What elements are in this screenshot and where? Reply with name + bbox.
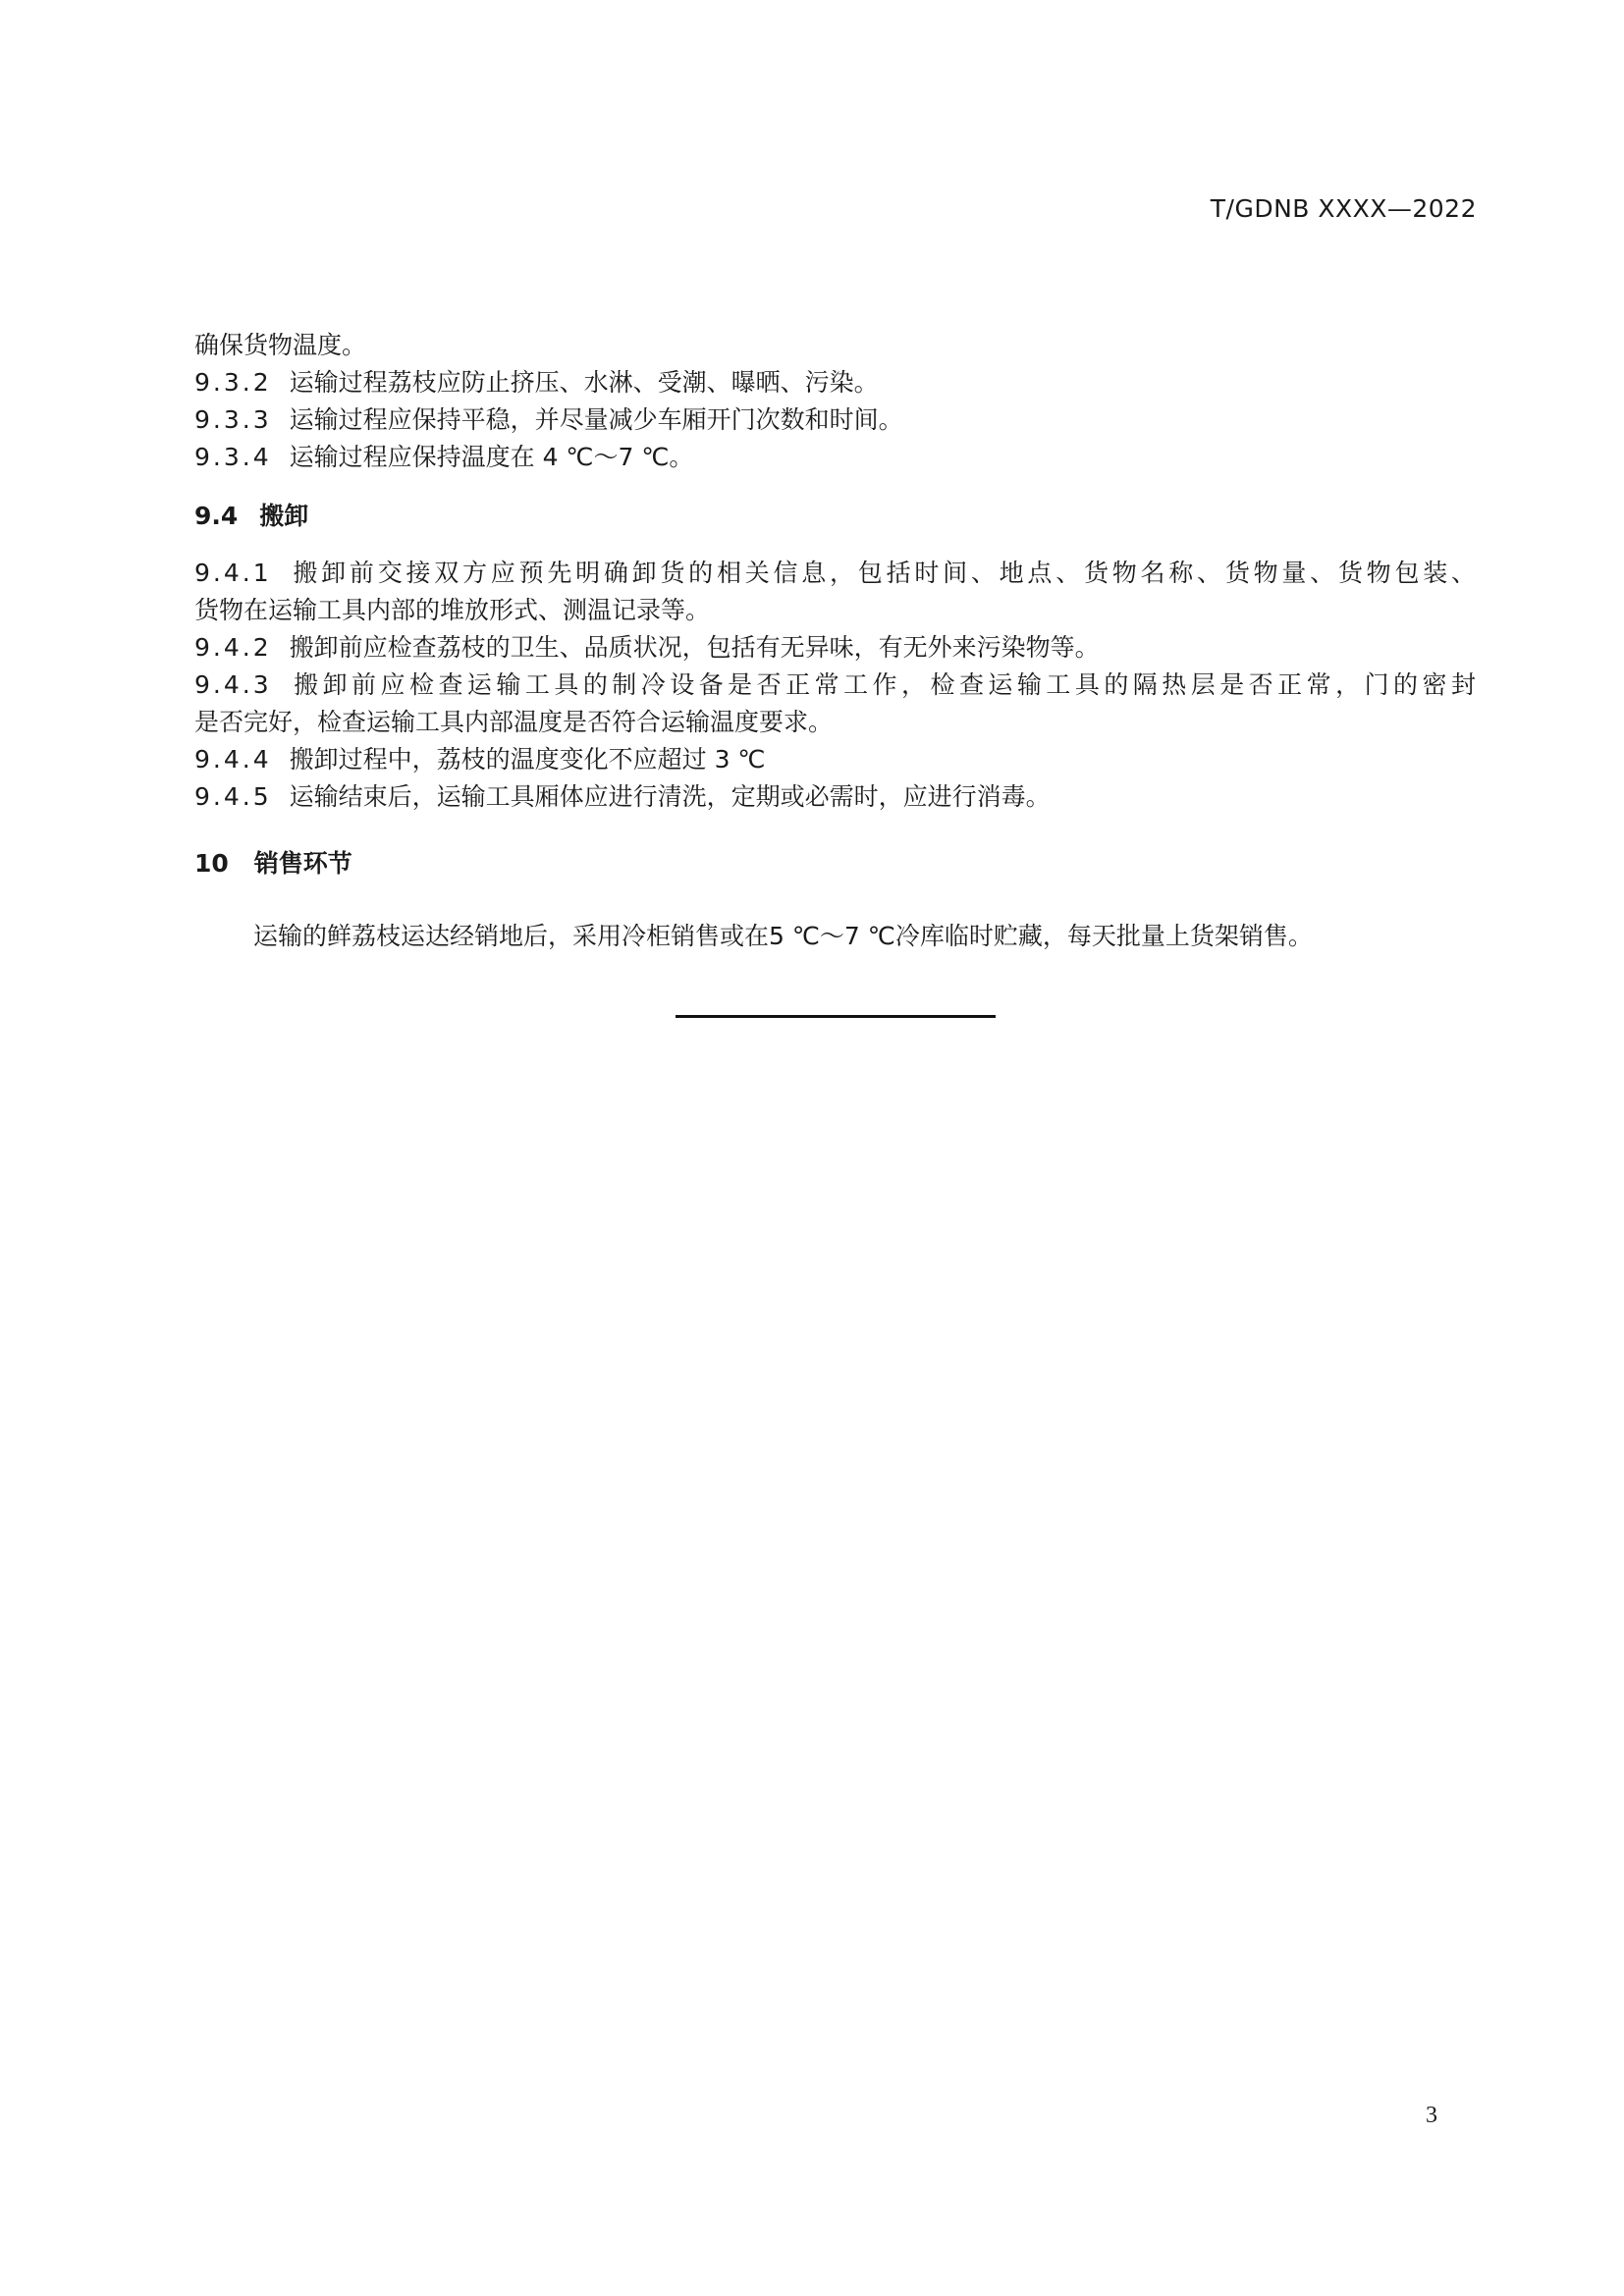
clause-text: 运输过程应保持平稳，并尽量减少车厢开门次数和时间。 <box>290 405 903 434</box>
clause-number: 9.4.4 <box>194 742 272 777</box>
section-10-paragraph: 运输的鲜荔枝运达经销地后，采用冷柜销售或在5 ℃～7 ℃冷库临时贮藏，每天批量上… <box>253 919 1313 954</box>
section-title: 搬卸 <box>259 502 308 530</box>
clause-text: 搬卸过程中，荔枝的温度变化不应超过 3 ℃ <box>290 745 766 774</box>
clause-number: 9.4.1 <box>194 556 272 591</box>
clause-text: 运输结束后，运输工具厢体应进行清洗，定期或必需时，应进行消毒。 <box>290 782 1051 811</box>
clause-9-4-4: 9.4.4搬卸过程中，荔枝的温度变化不应超过 3 ℃ <box>194 742 766 777</box>
document-code-header: T/GDNB XXXX—2022 <box>1211 194 1477 223</box>
section-heading-9-4: 9.4搬卸 <box>194 499 308 534</box>
clause-number: 9.3.4 <box>194 440 272 475</box>
continuation-text: 确保货物温度。 <box>194 328 366 363</box>
clause-9-4-2: 9.4.2搬卸前应检查荔枝的卫生、品质状况，包括有无异味，有无外来污染物等。 <box>194 630 1100 666</box>
section-heading-10: 10销售环节 <box>194 846 352 881</box>
clause-text: 搬卸前交接双方应预先明确卸货的相关信息，包括时间、地点、货物名称、货物量、货物包… <box>290 559 1476 587</box>
clause-number: 9.3.2 <box>194 365 272 400</box>
clause-text: 运输过程应保持温度在 4 ℃～7 ℃。 <box>290 443 694 471</box>
end-of-document-rule <box>676 1015 996 1018</box>
clause-9-4-3-line1: 9.4.3搬卸前应检查运输工具的制冷设备是否正常工作，检查运输工具的隔热层是否正… <box>194 667 1476 703</box>
clause-number: 9.4.5 <box>194 779 272 815</box>
clause-9-3-2: 9.3.2运输过程荔枝应防止挤压、水淋、受潮、曝晒、污染。 <box>194 365 879 400</box>
clause-number: 9.4.3 <box>194 667 272 703</box>
clause-9-3-3: 9.3.3运输过程应保持平稳，并尽量减少车厢开门次数和时间。 <box>194 402 903 438</box>
clause-9-4-3-line2: 是否完好，检查运输工具内部温度是否符合运输温度要求。 <box>194 705 833 740</box>
clause-text: 搬卸前应检查运输工具的制冷设备是否正常工作，检查运输工具的隔热层是否正常，门的密… <box>290 670 1476 699</box>
clause-9-4-1-line2: 货物在运输工具内部的堆放形式、测温记录等。 <box>194 593 710 628</box>
clause-number: 9.3.3 <box>194 402 272 438</box>
clause-text: 运输过程荔枝应防止挤压、水淋、受潮、曝晒、污染。 <box>290 368 879 397</box>
clause-number: 9.4.2 <box>194 630 272 666</box>
section-number: 9.4 <box>194 499 238 534</box>
section-number: 10 <box>194 846 229 881</box>
page-number: 3 <box>1426 2103 1437 2129</box>
section-title: 销售环节 <box>254 849 352 878</box>
clause-9-4-5: 9.4.5运输结束后，运输工具厢体应进行清洗，定期或必需时，应进行消毒。 <box>194 779 1051 815</box>
clause-9-4-1-line1: 9.4.1搬卸前交接双方应预先明确卸货的相关信息，包括时间、地点、货物名称、货物… <box>194 556 1476 591</box>
clause-text: 搬卸前应检查荔枝的卫生、品质状况，包括有无异味，有无外来污染物等。 <box>290 633 1100 662</box>
document-page: T/GDNB XXXX—2022 确保货物温度。 9.3.2运输过程荔枝应防止挤… <box>0 0 1624 2296</box>
clause-9-3-4: 9.3.4运输过程应保持温度在 4 ℃～7 ℃。 <box>194 440 693 475</box>
